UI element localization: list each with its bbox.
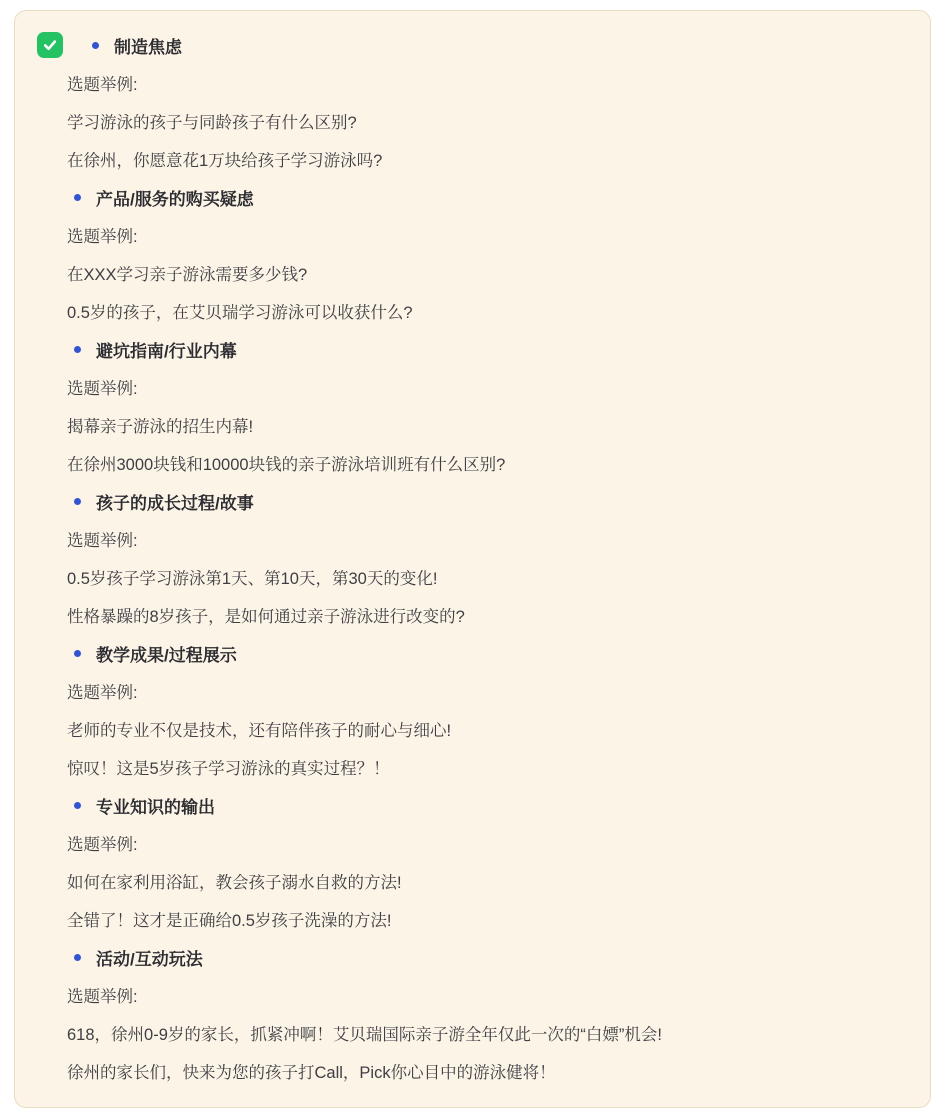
example-label-row: 选题举例: (15, 216, 930, 254)
bullet-icon (74, 498, 81, 505)
example-label-row: 选题举例: (15, 976, 930, 1014)
bullet-icon (74, 954, 81, 961)
section-title-row: 教学成果/过程展示 (15, 634, 930, 672)
example-label-row: 选题举例: (15, 520, 930, 558)
example-text: 在徐州，你愿意花1万块给孩子学习游泳吗? (67, 147, 382, 171)
example-row: 在XXX学习亲子游泳需要多少钱? (15, 254, 930, 292)
topic-list: 制造焦虑 选题举例: 学习游泳的孩子与同龄孩子有什么区别? 在徐州，你愿意花1万… (15, 11, 930, 1090)
section-title: 活动/互动玩法 (96, 945, 203, 970)
example-text: 0.5岁孩子学习游泳第1天、第10天，第30天的变化! (67, 565, 437, 589)
example-text: 惊叹！这是5岁孩子学习游泳的真实过程？！ (67, 755, 390, 779)
example-label: 选题举例: (67, 679, 138, 703)
example-text: 徐州的家长们，快来为您的孩子打Call，Pick你心目中的游泳健将！ (67, 1059, 556, 1083)
example-text: 在徐州3000块钱和10000块钱的亲子游泳培训班有什么区别? (67, 451, 505, 475)
example-text: 0.5岁的孩子，在艾贝瑞学习游泳可以收获什么? (67, 299, 413, 323)
example-text: 在XXX学习亲子游泳需要多少钱? (67, 261, 307, 285)
section-title: 专业知识的输出 (96, 793, 215, 818)
section-title-row: 专业知识的输出 (15, 786, 930, 824)
example-text: 618，徐州0-9岁的家长，抓紧冲啊！艾贝瑞国际亲子游全年仅此一次的“白嫖”机会… (67, 1021, 662, 1045)
example-text: 性格暴躁的8岁孩子，是如何通过亲子游泳进行改变的? (67, 603, 465, 627)
bullet-icon (74, 346, 81, 353)
section-title-row: 孩子的成长过程/故事 (15, 482, 930, 520)
example-label-row: 选题举例: (15, 64, 930, 102)
example-text: 揭幕亲子游泳的招生内幕! (67, 413, 253, 437)
example-row: 618，徐州0-9岁的家长，抓紧冲啊！艾贝瑞国际亲子游全年仅此一次的“白嫖”机会… (15, 1014, 930, 1052)
section-title: 制造焦虑 (114, 33, 182, 58)
example-text: 老师的专业不仅是技术，还有陪伴孩子的耐心与细心! (67, 717, 451, 741)
example-row: 全错了！这才是正确给0.5岁孩子洗澡的方法! (15, 900, 930, 938)
example-label: 选题举例: (67, 527, 138, 551)
example-label: 选题举例: (67, 223, 138, 247)
example-row: 0.5岁孩子学习游泳第1天、第10天，第30天的变化! (15, 558, 930, 596)
example-row: 0.5岁的孩子，在艾贝瑞学习游泳可以收获什么? (15, 292, 930, 330)
section-title-row: 避坑指南/行业内幕 (15, 330, 930, 368)
example-row: 学习游泳的孩子与同龄孩子有什么区别? (15, 102, 930, 140)
example-row: 惊叹！这是5岁孩子学习游泳的真实过程？！ (15, 748, 930, 786)
example-label: 选题举例: (67, 375, 138, 399)
example-label: 选题举例: (67, 831, 138, 855)
example-label: 选题举例: (67, 983, 138, 1007)
example-row: 性格暴躁的8岁孩子，是如何通过亲子游泳进行改变的? (15, 596, 930, 634)
example-row: 揭幕亲子游泳的招生内幕! (15, 406, 930, 444)
example-label-row: 选题举例: (15, 672, 930, 710)
section-title-row: 产品/服务的购买疑虑 (15, 178, 930, 216)
example-row: 在徐州3000块钱和10000块钱的亲子游泳培训班有什么区别? (15, 444, 930, 482)
section-title: 产品/服务的购买疑虑 (96, 185, 254, 210)
example-label-row: 选题举例: (15, 368, 930, 406)
section-title-row: 活动/互动玩法 (15, 938, 930, 976)
section-title: 教学成果/过程展示 (96, 641, 237, 666)
example-text: 学习游泳的孩子与同龄孩子有什么区别? (67, 109, 357, 133)
page: 制造焦虑 选题举例: 学习游泳的孩子与同龄孩子有什么区别? 在徐州，你愿意花1万… (0, 0, 948, 1120)
bullet-icon (74, 802, 81, 809)
bullet-icon (74, 650, 81, 657)
example-text: 全错了！这才是正确给0.5岁孩子洗澡的方法! (67, 907, 392, 931)
example-row: 老师的专业不仅是技术，还有陪伴孩子的耐心与细心! (15, 710, 930, 748)
example-row: 徐州的家长们，快来为您的孩子打Call，Pick你心目中的游泳健将！ (15, 1052, 930, 1090)
section-title: 避坑指南/行业内幕 (96, 337, 237, 362)
example-row: 如何在家利用浴缸，教会孩子溺水自救的方法! (15, 862, 930, 900)
example-label-row: 选题举例: (15, 824, 930, 862)
content-card: 制造焦虑 选题举例: 学习游泳的孩子与同龄孩子有什么区别? 在徐州，你愿意花1万… (14, 10, 931, 1108)
example-row: 在徐州，你愿意花1万块给孩子学习游泳吗? (15, 140, 930, 178)
section-title-row: 制造焦虑 (15, 26, 930, 64)
example-label: 选题举例: (67, 71, 138, 95)
bullet-icon (74, 194, 81, 201)
section-title: 孩子的成长过程/故事 (96, 489, 254, 514)
example-text: 如何在家利用浴缸，教会孩子溺水自救的方法! (67, 869, 402, 893)
bullet-icon (92, 42, 99, 49)
